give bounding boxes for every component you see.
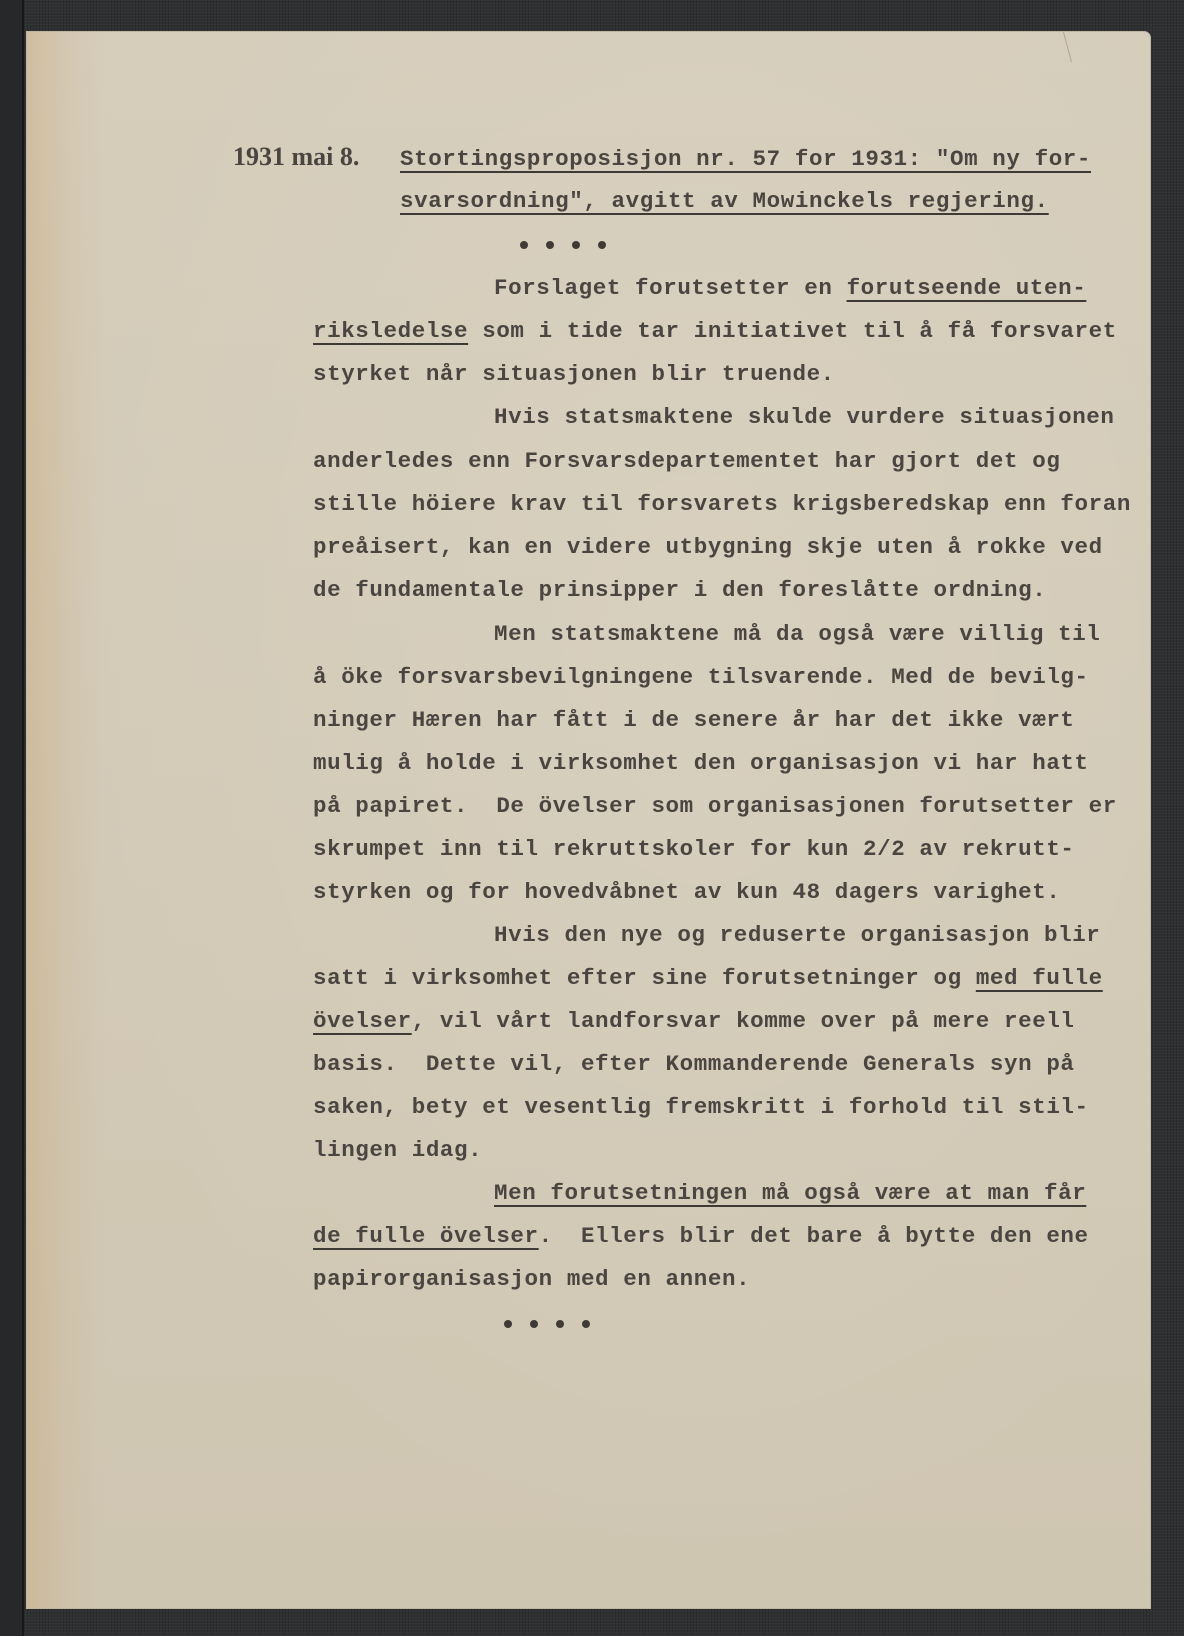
body-line: Men statsmaktene må da også være villig … — [494, 620, 1100, 648]
title-text: svarsordning", avgitt av Mowinckels regj… — [400, 188, 1049, 214]
ellipsis-dot — [582, 1320, 590, 1328]
body-line: saken, bety et vesentlig fremskritt i fo… — [313, 1093, 1089, 1121]
scanner-edge-strip — [0, 0, 24, 1636]
body-line: preåisert, kan en videre utbygning skje … — [313, 533, 1103, 561]
text: anderledes enn Forsvarsdepartementet har… — [313, 448, 1060, 474]
body-line: Hvis den nye og reduserte organisasjon b… — [494, 921, 1100, 949]
underlined-text: forutseende uten- — [847, 275, 1087, 301]
title-text: Stortingsproposisjon nr. 57 for 1931: "O… — [400, 146, 1091, 172]
body-line: styrken og for hovedvåbnet av kun 48 dag… — [313, 878, 1060, 906]
body-line: de fundamentale prinsipper i den foreslå… — [313, 576, 1046, 604]
text: basis. Dette vil, efter Kommanderende Ge… — [313, 1051, 1075, 1077]
body-line: å öke forsvarsbevilgningene tilsvarende.… — [313, 663, 1089, 691]
body-line: styrket når situasjonen blir truende. — [313, 360, 835, 388]
text: stille höiere krav til forsvarets krigsb… — [313, 491, 1131, 517]
text: styrken og for hovedvåbnet av kun 48 dag… — [313, 879, 1060, 905]
text: styrket når situasjonen blir truende. — [313, 361, 835, 387]
underlined-text: med fulle — [976, 965, 1103, 991]
ellipsis-top — [520, 241, 606, 249]
body-line: riksledelse som i tide tar initiativet t… — [313, 317, 1117, 345]
ellipsis-dot — [572, 241, 580, 249]
body-line: basis. Dette vil, efter Kommanderende Ge… — [313, 1050, 1075, 1078]
text: å öke forsvarsbevilgningene tilsvarende.… — [313, 664, 1089, 690]
text: , vil vårt landforsvar komme over på mer… — [412, 1008, 1075, 1034]
body-line: de fulle övelser. Ellers blir det bare å… — [313, 1222, 1089, 1250]
body-line: anderledes enn Forsvarsdepartementet har… — [313, 447, 1060, 475]
body-line: skrumpet inn til rekruttskoler for kun 2… — [313, 835, 1075, 863]
text: som i tide tar initiativet til å få fors… — [468, 318, 1117, 344]
document-title-line-2: svarsordning", avgitt av Mowinckels regj… — [400, 187, 1049, 215]
page-fold-crease — [1063, 32, 1084, 62]
ellipsis-dot — [520, 241, 528, 249]
document-page — [27, 32, 1150, 1608]
text: lingen idag. — [313, 1137, 482, 1163]
text: Hvis statsmaktene skulde vurdere situasj… — [494, 404, 1115, 430]
body-line: satt i virksomhet efter sine forutsetnin… — [313, 964, 1103, 992]
body-line: övelser, vil vårt landforsvar komme over… — [313, 1007, 1075, 1035]
underlined-text: de fulle övelser — [313, 1223, 539, 1249]
underlined-text: riksledelse — [313, 318, 468, 344]
body-line: stille höiere krav til forsvarets krigsb… — [313, 490, 1131, 518]
ellipsis-dot — [546, 241, 554, 249]
text: satt i virksomhet efter sine forutsetnin… — [313, 965, 976, 991]
ellipsis-bottom — [504, 1320, 590, 1328]
text: mulig å holde i virksomhet den organisas… — [313, 750, 1089, 776]
body-line: Men forutsetningen må også være at man f… — [494, 1179, 1086, 1207]
text: Hvis den nye og reduserte organisasjon b… — [494, 922, 1100, 948]
underlined-text: övelser — [313, 1008, 412, 1034]
text: skrumpet inn til rekruttskoler for kun 2… — [313, 836, 1075, 862]
body-line: ninger Hæren har fått i de senere år har… — [313, 706, 1075, 734]
text: preåisert, kan en videre utbygning skje … — [313, 534, 1103, 560]
ellipsis-dot — [556, 1320, 564, 1328]
ellipsis-dot — [598, 241, 606, 249]
text: de fundamentale prinsipper i den foreslå… — [313, 577, 1046, 603]
body-line: papirorganisasjon med en annen. — [313, 1265, 750, 1293]
text: . Ellers blir det bare å bytte den ene — [539, 1223, 1089, 1249]
ellipsis-dot — [530, 1320, 538, 1328]
document-date: 1931 mai 8. — [233, 143, 359, 171]
text: Men statsmaktene må da også være villig … — [494, 621, 1100, 647]
body-line: Forslaget forutsetter en forutseende ute… — [494, 274, 1086, 302]
body-line: Hvis statsmaktene skulde vurdere situasj… — [494, 403, 1115, 431]
document-title-line-1: Stortingsproposisjon nr. 57 for 1931: "O… — [400, 145, 1091, 173]
body-line: lingen idag. — [313, 1136, 482, 1164]
body-line: mulig å holde i virksomhet den organisas… — [313, 749, 1089, 777]
ellipsis-dot — [504, 1320, 512, 1328]
text: saken, bety et vesentlig fremskritt i fo… — [313, 1094, 1089, 1120]
text: ninger Hæren har fått i de senere år har… — [313, 707, 1075, 733]
text: på papiret. De övelser som organisasjone… — [313, 793, 1117, 819]
text: papirorganisasjon med en annen. — [313, 1266, 750, 1292]
body-line: på papiret. De övelser som organisasjone… — [313, 792, 1117, 820]
underlined-text: Men forutsetningen må også være at man f… — [494, 1180, 1086, 1206]
text: Forslaget forutsetter en — [494, 275, 847, 301]
